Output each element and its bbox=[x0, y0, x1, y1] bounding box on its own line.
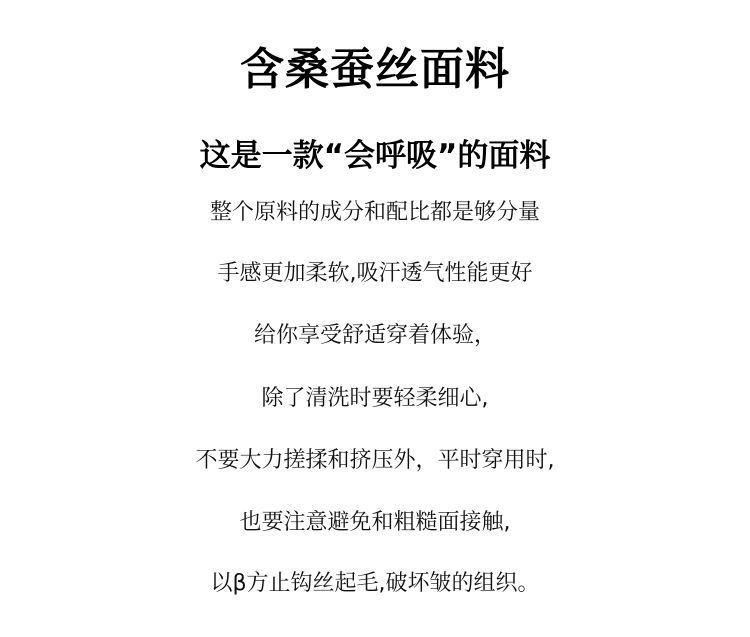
description-line: 也要注意避免和粗糙面接触, bbox=[0, 508, 750, 538]
page-title: 含桑蚕丝面料 bbox=[0, 40, 750, 100]
description-line: 给你享受舒适穿着体验， bbox=[0, 321, 750, 351]
description-line: 整个原料的成分和配比都是够分量 bbox=[0, 198, 750, 228]
description-line: 除了清洗时要轻柔细心, bbox=[0, 384, 750, 414]
page-subtitle: 这是一款“会呼吸”的面料 bbox=[0, 134, 750, 178]
product-description-page: 含桑蚕丝面料 这是一款“会呼吸”的面料 整个原料的成分和配比都是够分量 手感更加… bbox=[0, 0, 750, 637]
description-line: 手感更加柔软,吸汗透气性能更好 bbox=[0, 259, 750, 289]
description-line: 不要大力搓揉和挤压外，平时穿用时, bbox=[0, 446, 750, 476]
description-line: 以β方止钩丝起毛,破坏皱的组织。 bbox=[0, 569, 750, 599]
